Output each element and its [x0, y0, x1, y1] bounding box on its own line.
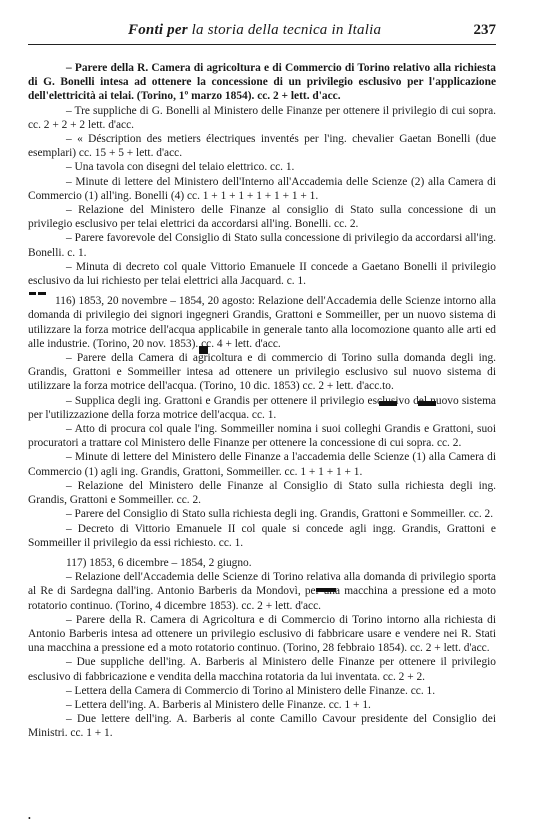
paragraph: – Minute di lettere del Ministero delle … [28, 450, 496, 478]
paragraph: – Lettera della Camera di Commercio di T… [28, 684, 496, 698]
paragraph: – Minuta di decreto col quale Vittorio E… [28, 260, 496, 288]
paragraph: – Supplica degli ing. Grattoni e Grandis… [28, 394, 496, 422]
paragraph: – Minute di lettere del Ministero dell'I… [28, 175, 496, 203]
paragraph: – Parere della Camera di agricoltura e d… [28, 351, 496, 394]
paragraph: – « Déscription des metiers électriques … [28, 132, 496, 160]
paragraph: – Relazione del Ministero delle Finanze … [28, 479, 496, 507]
paragraph: – Atto di procura col quale l'ing. Somme… [28, 422, 496, 450]
scan-artifact [418, 401, 436, 406]
paragraph: – Relazione dell'Accademia delle Scienze… [28, 570, 496, 613]
paragraph: – Parere della R. Camera di agricoltura … [28, 61, 496, 104]
scan-artifact [199, 346, 208, 354]
paragraph: – Decreto di Vittorio Emanuele II col qu… [28, 522, 496, 550]
paragraph: – Due suppliche dell'ing. A. Barberis al… [28, 655, 496, 683]
page-number: 237 [474, 22, 497, 39]
scan-artifact [29, 292, 36, 295]
running-title: Fonti per la storia della tecnica in Ita… [128, 22, 381, 39]
scan-artifact [38, 292, 46, 295]
entry-117: 117) 1853, 6 dicembre – 1854, 2 giugno. [28, 556, 496, 570]
paragraph: – Parere favorevole del Consiglio di Sta… [28, 231, 496, 259]
running-title-bold: Fonti per [128, 22, 188, 38]
paragraph: – Una tavola con disegni del telaio elet… [28, 160, 496, 174]
paragraph: – Relazione del Ministero delle Finanze … [28, 203, 496, 231]
document-page: Fonti per la storia della tecnica in Ita… [0, 0, 550, 825]
header-rule [28, 44, 496, 45]
page-header: Fonti per la storia della tecnica in Ita… [28, 22, 496, 42]
paragraph: – Parere della R. Camera di Agricoltura … [28, 613, 496, 656]
scan-artifact [316, 588, 336, 592]
paragraph: – Tre suppliche di G. Bonelli al Ministe… [28, 104, 496, 132]
running-title-rest: la storia della tecnica in Italia [188, 22, 381, 38]
scan-artifact [379, 401, 397, 406]
paragraph: – Due lettere dell'ing. A. Barberis al c… [28, 712, 496, 740]
entry-116: 116) 1853, 20 novembre – 1854, 20 agosto… [28, 294, 496, 351]
paragraph: – Parere del Consiglio di Stato sulla ri… [28, 507, 496, 521]
footer-mark: • [28, 814, 31, 823]
paragraph: – Lettera dell'ing. A. Barberis al Minis… [28, 698, 496, 712]
